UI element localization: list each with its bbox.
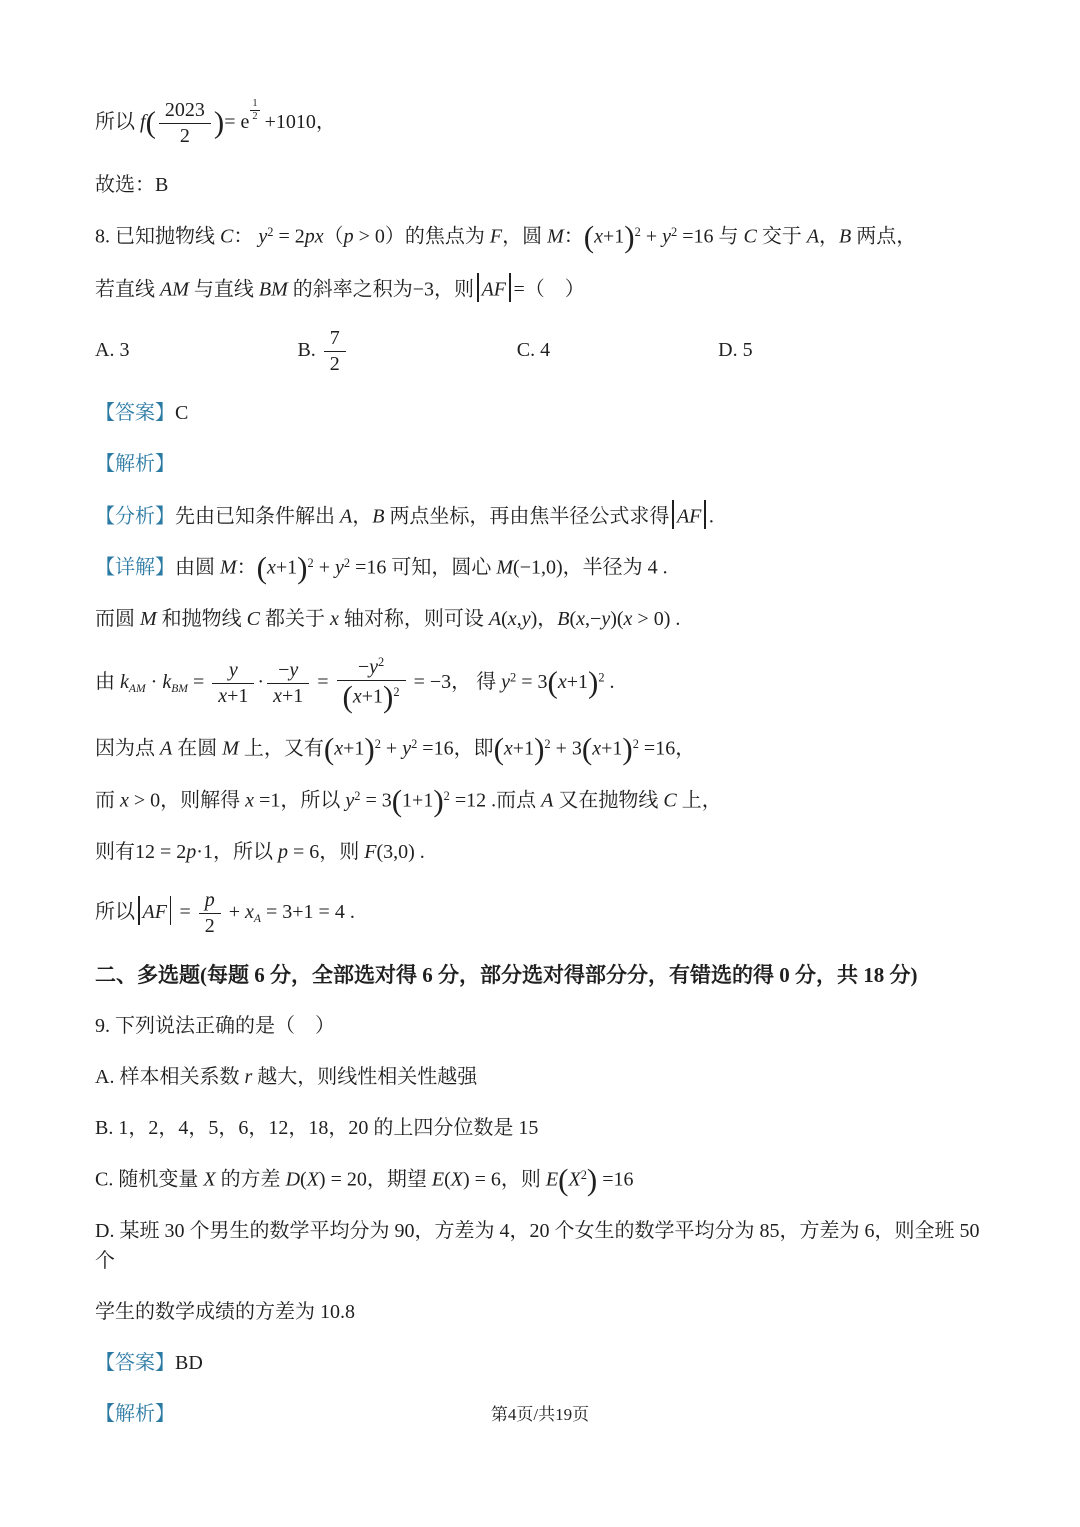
fraction-numerator: 1 [250, 98, 259, 111]
text-run: +1 [276, 557, 297, 579]
label-accent: 【详解】 [95, 557, 175, 579]
big-paren: ( [392, 783, 402, 818]
math-var: X [568, 1169, 580, 1191]
abs-bar-icon [509, 273, 511, 302]
text-run: 由 [95, 671, 120, 693]
q9-stem: 9. 下列说法正确的是（ ） [95, 1011, 990, 1041]
text-run: 又在抛物线 [553, 790, 663, 812]
text-run: 所以 [95, 111, 140, 133]
text-run: 的方差 [216, 1169, 286, 1191]
big-paren: ( [146, 104, 156, 139]
math-var: M [220, 557, 237, 579]
math-var: M [496, 557, 513, 579]
big-paren: ) [624, 219, 634, 254]
text-run: 二、多选题(每题 6 分，全部选对得 6 分，部分选对得部分分，有错选的得 0 … [95, 963, 917, 987]
big-paren: ) [587, 1162, 597, 1197]
math-var: p [278, 841, 288, 863]
q8-options-row: A. 3B. 72C. 4D. 5 [95, 326, 990, 377]
text-run: > 0）的焦点为 [354, 226, 490, 248]
math-var: C [220, 226, 233, 248]
text-run: = 3+1 = 4 . [261, 901, 355, 923]
text-run: (3,0) . [376, 841, 424, 863]
text-run: + [314, 557, 335, 579]
fraction-denominator: x+1 [212, 684, 254, 709]
text-run: 在圆 [172, 738, 222, 760]
text-run: 故选：B [95, 174, 168, 196]
text-run: ： [564, 226, 584, 248]
text-run: =16 与 [677, 226, 743, 248]
q8-detail-line-1: 【详解】由圆 M：(x+1)2 + y2 =16 可知，圆心 M(−1,0)，半… [95, 552, 990, 583]
big-paren: ( [324, 731, 334, 766]
text-run: 轴对称，则可设 [339, 608, 489, 630]
math-var: X [203, 1169, 215, 1191]
text-run: = 6，则 [288, 841, 364, 863]
text-run: +1 [513, 738, 534, 760]
text-run: =1，所以 [254, 790, 345, 812]
big-paren: ) [588, 665, 598, 700]
math-var: x [504, 738, 513, 760]
text-run: B. [297, 339, 320, 361]
label-accent: 【解析】 [95, 453, 175, 475]
text-run: C [175, 402, 188, 424]
text-run: )， [531, 608, 558, 630]
fraction: 20232 [159, 98, 211, 149]
text-run: + 3 [551, 738, 582, 760]
big-paren: ) [364, 731, 374, 766]
math-var: A [340, 505, 352, 527]
math-var: BM [259, 279, 288, 301]
text-run: 和抛物线 [157, 608, 247, 630]
text-run: (−1,0)，半径为 4 . [513, 557, 668, 579]
text-run: + [641, 226, 662, 248]
text-run: +1 [362, 686, 383, 708]
text-run: = −3， 得 [409, 671, 502, 693]
math-var: C [663, 790, 676, 812]
fraction: p2 [199, 888, 221, 939]
text-run: 学生的数学成绩的方差为 10.8 [95, 1301, 355, 1323]
fraction-denominator: 2 [159, 124, 211, 149]
math-var: x [334, 738, 343, 760]
math-var: E [546, 1169, 558, 1191]
text-run: A. 样本相关系数 [95, 1066, 244, 1088]
big-paren: ) [534, 731, 544, 766]
text-run: +1010， [260, 111, 336, 133]
math-var: x [592, 738, 601, 760]
text-run: > 0) . [632, 608, 680, 630]
fraction-denominator: 2 [324, 352, 346, 377]
math-var: D [286, 1169, 300, 1191]
text-run: ) = 20，期望 [319, 1169, 432, 1191]
math-var: C [743, 226, 756, 248]
q8-analysis: 【分析】先由已知条件解出 A，B 两点坐标，再由焦半径公式求得AF. [95, 500, 990, 532]
text-run: = [174, 901, 195, 923]
text-run: C. 4 [517, 339, 550, 361]
big-paren: ( [558, 1162, 568, 1197]
q8-detail-line-5: 而 x > 0，则解得 x =1，所以 y2 = 3(1+1)2 =12 .而点… [95, 785, 990, 816]
text-run: 由圆 [175, 557, 220, 579]
document-page: 所以 f(20232)= e12 +1010，故选：B8. 已知抛物线 C： y… [0, 0, 1080, 1527]
label-accent: 【答案】 [95, 1352, 175, 1374]
label-accent: 【分析】 [95, 505, 175, 527]
text-run: 因为点 [95, 738, 160, 760]
text-run: 1+1 [402, 790, 433, 812]
text-run: +1 [343, 738, 364, 760]
text-run: ， [819, 226, 839, 248]
q9-option-a: A. 样本相关系数 r 越大，则线性相关性越强 [95, 1062, 990, 1092]
q7-conclusion-formula: 所以 f(20232)= e12 +1010， [95, 98, 990, 149]
fraction-denominator: 2 [250, 111, 259, 123]
math-var: x [245, 790, 254, 812]
math-var: y [345, 790, 354, 812]
text-run: ： [237, 557, 257, 579]
text-run: = [312, 671, 333, 693]
math-var: B [372, 505, 384, 527]
big-paren: ) [383, 679, 393, 714]
fraction-denominator: (x+1)2 [337, 681, 406, 712]
math-var: y [662, 226, 671, 248]
page-footer: 第4页/共19页 [0, 1400, 1080, 1425]
math-var: x [267, 557, 276, 579]
text-run: 上，又有 [239, 738, 324, 760]
math-var: F [490, 226, 502, 248]
label-accent: 【答案】 [95, 402, 175, 424]
math-var: px [305, 226, 324, 248]
abs-bar-icon [138, 896, 140, 925]
math-var: y [369, 656, 378, 678]
text-run: . [709, 505, 714, 527]
math-var: AM [160, 279, 189, 301]
big-paren: ( [343, 679, 353, 714]
text-run: +1 [282, 685, 303, 707]
text-run: ( [501, 608, 508, 630]
text-run: =16， [639, 738, 695, 760]
fraction: yx+1 [212, 658, 254, 709]
big-paren: ( [494, 731, 504, 766]
math-var: y [402, 738, 411, 760]
math-var: y [229, 659, 238, 681]
text-run: 所以 [95, 901, 135, 923]
q8-stem-line-2: 若直线 AM 与直线 BM 的斜率之积为−3，则AF=（ ） [95, 273, 990, 305]
big-paren: ) [214, 104, 224, 139]
fraction-numerator: p [199, 888, 221, 914]
text-run: 先由已知条件解出 [175, 505, 340, 527]
math-var: C [247, 608, 260, 630]
fraction-numerator: −y [267, 658, 309, 684]
math-var: x [353, 686, 362, 708]
text-run: BD [175, 1352, 203, 1374]
abs-bar-icon [477, 273, 479, 302]
q8-detail-conclusion: 所以AF = p2 + xA = 3+1 = 4 . [95, 888, 990, 939]
fraction-numerator: 7 [324, 326, 346, 352]
text-run: = 3 [516, 671, 547, 693]
big-paren: ) [297, 550, 307, 585]
math-var: x [245, 901, 254, 923]
text-run: + [224, 901, 245, 923]
big-paren: ( [548, 665, 558, 700]
text-run: D. 某班 30 个男生的数学平均分为 90，方差为 4，20 个女生的数学平均… [95, 1220, 979, 1272]
big-paren: ( [257, 550, 267, 585]
fraction: −y2(x+1)2 [337, 655, 406, 712]
text-run: · [146, 671, 163, 693]
document-content: 所以 f(20232)= e12 +1010，故选：B8. 已知抛物线 C： y… [95, 98, 990, 1450]
text-run: 交于 [757, 226, 807, 248]
text-run: = [188, 671, 209, 693]
q8-detail-line-6: 则有12 = 2p·1，所以 p = 6，则 F(3,0) . [95, 837, 990, 867]
math-var: x [508, 608, 517, 630]
math-var: A [807, 226, 819, 248]
math-var: k [162, 671, 171, 693]
text-run: 7 [330, 327, 340, 349]
math-var: M [222, 738, 239, 760]
text-run: A. 3 [95, 339, 129, 361]
text-run: > 0，则解得 [129, 790, 245, 812]
math-var: F [364, 841, 376, 863]
math-var: x [120, 790, 129, 812]
text-run: ，圆 [502, 226, 547, 248]
text-run: 两点， [851, 226, 916, 248]
abs-bar-icon [170, 896, 172, 925]
text-run: 8. 已知抛物线 [95, 226, 220, 248]
big-paren: ( [584, 219, 594, 254]
math-var: M [140, 608, 157, 630]
q9-option-b: B. 1，2，4，5，6，12，18，20 的上四分位数是 15 [95, 1113, 990, 1143]
text-run: 2 [205, 915, 215, 937]
math-var: y [289, 659, 298, 681]
text-run: =（ ） [514, 279, 585, 301]
superscript: 2 [378, 655, 384, 669]
math-var: A [489, 608, 501, 630]
text-run: 与直线 [189, 279, 259, 301]
text-run: 而圆 [95, 608, 140, 630]
text-run: 而 [95, 790, 120, 812]
math-var: X [451, 1169, 463, 1191]
text-run: B. 1，2，4，5，6，12，18，20 的上四分位数是 15 [95, 1117, 538, 1139]
math-var: A [160, 738, 172, 760]
text-run: ， [352, 505, 372, 527]
text-run: +1 [567, 671, 588, 693]
subscript: AM [129, 682, 146, 695]
math-var: A [541, 790, 553, 812]
text-run: = 2 [273, 226, 304, 248]
abs-bar-icon [672, 500, 674, 529]
math-var: x [330, 608, 339, 630]
math-var: k [120, 671, 129, 693]
text-run: 两点坐标，再由焦半径公式求得 [384, 505, 669, 527]
math-var: p [186, 841, 196, 863]
q9-option-d-line-2: 学生的数学成绩的方差为 10.8 [95, 1297, 990, 1327]
q8-stem-line-1: 8. 已知抛物线 C： y2 = 2px（p > 0）的焦点为 F，圆 M：(x… [95, 221, 990, 252]
text-run: C. 随机变量 [95, 1169, 203, 1191]
superscript: 2 [393, 685, 399, 699]
text-run: 上， [677, 790, 722, 812]
text-run: +1 [603, 226, 624, 248]
text-run: （ [324, 226, 344, 248]
math-var: AF [143, 901, 167, 923]
math-var: p [205, 889, 215, 911]
math-var: x [558, 671, 567, 693]
text-run: =16 可知，圆心 [350, 557, 496, 579]
math-var: y [522, 608, 531, 630]
math-var: x [273, 685, 282, 707]
math-var: AF [482, 279, 506, 301]
math-var: B [839, 226, 851, 248]
big-paren: ) [622, 731, 632, 766]
text-run: − [278, 659, 289, 681]
text-run: . [605, 671, 615, 693]
text-run: =16，即 [417, 738, 493, 760]
text-run: 则有12 = 2 [95, 841, 186, 863]
fraction-numerator: y [212, 658, 254, 684]
text-run: 都关于 [260, 608, 330, 630]
q8-detail-line-2: 而圆 M 和抛物线 C 都关于 x 轴对称，则可设 A(x,y)，B(x,−y)… [95, 604, 990, 634]
text-run: +1 [227, 685, 248, 707]
text-run: 9. 下列说法正确的是（ ） [95, 1015, 335, 1037]
text-run: 2023 [165, 99, 205, 121]
text-run: 越大，则线性相关性越强 [252, 1066, 477, 1088]
q8-answer: 【答案】C [95, 398, 990, 428]
text-run: D. 5 [718, 339, 752, 361]
text-run: 若直线 [95, 279, 160, 301]
math-var: X [307, 1169, 319, 1191]
q9-option-d-line-1: D. 某班 30 个男生的数学平均分为 90，方差为 4，20 个女生的数学平均… [95, 1216, 990, 1276]
q8-detail-slope-equation: 由 kAM · kBM = yx+1·−yx+1 = −y2(x+1)2 = −… [95, 655, 990, 712]
q9-answer: 【答案】BD [95, 1348, 990, 1378]
exponent-fraction: 12 [250, 98, 259, 123]
math-var: y [335, 557, 344, 579]
text-run: = 3 [360, 790, 391, 812]
math-var: p [344, 226, 354, 248]
fraction-denominator: 2 [199, 914, 221, 939]
subscript: BM [171, 682, 188, 695]
fraction-numerator: 2023 [159, 98, 211, 124]
text-run: − [358, 656, 369, 678]
math-var: x [594, 226, 603, 248]
math-var: E [432, 1169, 444, 1191]
math-var: B [557, 608, 569, 630]
big-paren: ) [433, 783, 443, 818]
math-var: y [601, 608, 610, 630]
math-var: y [258, 226, 267, 248]
math-var: M [547, 226, 564, 248]
subscript: A [254, 912, 261, 925]
section-2-heading: 二、多选题(每题 6 分，全部选对得 6 分，部分选对得部分分，有错选的得 0 … [95, 960, 990, 990]
text-run: ( [300, 1169, 307, 1191]
q9-option-c: C. 随机变量 X 的方差 D(X) = 20，期望 E(X) = 6，则 E(… [95, 1164, 990, 1195]
text-run: 2 [180, 125, 190, 147]
math-var: x [218, 685, 227, 707]
fraction: −yx+1 [267, 658, 309, 709]
fraction: 72 [324, 326, 346, 377]
q7-answer-choice: 故选：B [95, 170, 990, 200]
text-run: + [381, 738, 402, 760]
text-run: 2 [330, 353, 340, 375]
fraction-denominator: x+1 [267, 684, 309, 709]
text-run: )( [610, 608, 623, 630]
fraction-numerator: −y2 [337, 655, 406, 681]
text-run: ： [233, 226, 258, 248]
q8-jiexi-label: 【解析】 [95, 449, 990, 479]
q8-detail-line-4: 因为点 A 在圆 M 上，又有(x+1)2 + y2 =16，即(x+1)2 +… [95, 733, 990, 764]
text-run: =12 .而点 [450, 790, 541, 812]
text-run: 的斜率之积为−3，则 [288, 279, 474, 301]
text-run: = e [224, 111, 249, 133]
text-run: ) = 6，则 [463, 1169, 546, 1191]
text-run: ,− [585, 608, 601, 630]
text-run: ·1，所以 [196, 841, 278, 863]
big-paren: ( [582, 731, 592, 766]
math-var: y [501, 671, 510, 693]
text-run: · [257, 671, 264, 693]
abs-bar-icon [704, 500, 706, 529]
text-run: +1 [601, 738, 622, 760]
text-run: ( [444, 1169, 451, 1191]
math-var: x [576, 608, 585, 630]
text-run: =16 [597, 1169, 633, 1191]
math-var: AF [677, 505, 701, 527]
